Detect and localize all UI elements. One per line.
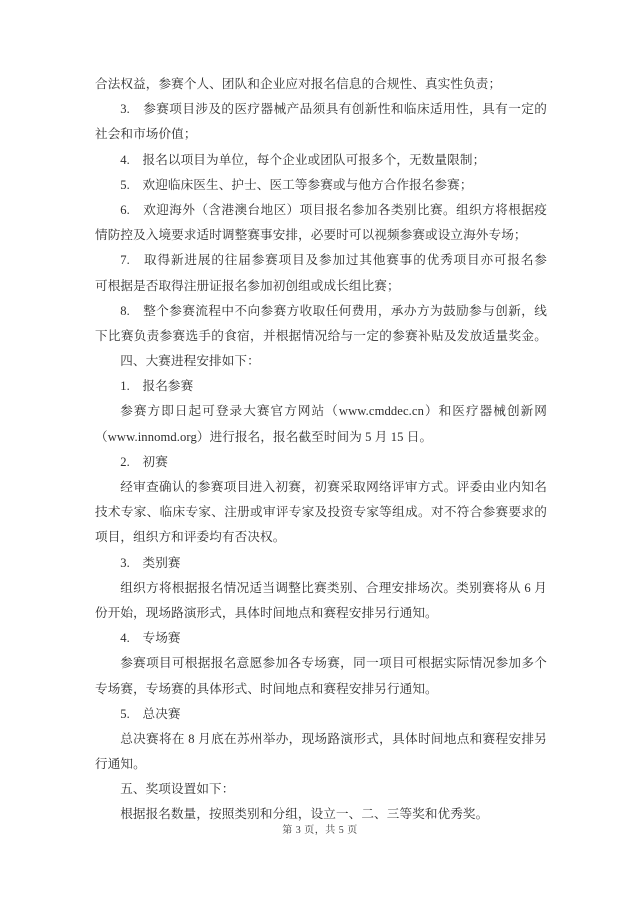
text-line: 2. 初赛 — [95, 450, 547, 475]
text-line: 4. 报名以项目为单位，每个企业或团队可报多个，无数量限制； — [95, 148, 547, 173]
text-line: （www.innomd.org）进行报名，报名截至时间为 5 月 15 日。 — [95, 425, 547, 450]
text-line: 8. 整个参赛流程中不向参赛方收取任何费用，承办方为鼓励参与创新，线 — [95, 299, 547, 324]
text-line: 专场赛，专场赛的具体形式、时间地点和赛程安排另行通知。 — [95, 677, 547, 702]
text-line: 经审查确认的参赛项目进入初赛，初赛采取网络评审方式。评委由业内知名 — [95, 475, 547, 500]
text-line: 社会和市场价值； — [95, 122, 547, 147]
text-line: 下比赛负责参赛选手的食宿，并根据情况给与一定的参赛补贴及发放适量奖金。 — [95, 324, 547, 349]
text-line: 参赛项目可根据报名意愿参加各专场赛，同一项目可根据实际情况参加多个 — [95, 651, 547, 676]
text-line: 情防控及入境要求适时调整赛事安排，必要时可以视频参赛或设立海外专场； — [95, 223, 547, 248]
text-line: 6. 欢迎海外（含港澳台地区）项目报名参加各类别比赛。组织方将根据疫 — [95, 198, 547, 223]
text-line: 份开始，现场路演形式，具体时间地点和赛程安排另行通知。 — [95, 601, 547, 626]
text-line: 1. 报名参赛 — [95, 374, 547, 399]
text-line: 3. 类别赛 — [95, 551, 547, 576]
text-line: 技术专家、临床专家、注册或审评专家及投资专家等组成。对不符合参赛要求的 — [95, 500, 547, 525]
text-line: 合法权益，参赛个人、团队和企业应对报名信息的合规性、真实性负责； — [95, 72, 547, 97]
text-line: 参赛方即日起可登录大赛官方网站（www.cmddec.cn）和医疗器械创新网 — [95, 399, 547, 424]
text-line: 5. 欢迎临床医生、护士、医工等参赛或与他方合作报名参赛； — [95, 173, 547, 198]
text-line: 行通知。 — [95, 752, 547, 777]
text-line: 总决赛将在 8 月底在苏州举办，现场路演形式，具体时间地点和赛程安排另 — [95, 727, 547, 752]
document-body: 合法权益，参赛个人、团队和企业应对报名信息的合规性、真实性负责；3. 参赛项目涉… — [95, 72, 547, 828]
text-line: 7. 取得新进展的往届参赛项目及参加过其他赛事的优秀项目亦可报名参赛， — [95, 248, 547, 273]
text-line: 5. 总决赛 — [95, 702, 547, 727]
document-page: 合法权益，参赛个人、团队和企业应对报名信息的合规性、真实性负责；3. 参赛项目涉… — [0, 0, 640, 905]
page-number-footer: 第 3 页，共 5 页 — [0, 824, 640, 838]
text-line: 4. 专场赛 — [95, 626, 547, 651]
text-line: 可根据是否取得注册证报名参加初创组或成长组比赛； — [95, 274, 547, 299]
text-line: 3. 参赛项目涉及的医疗器械产品须具有创新性和临床适用性，具有一定的 — [95, 97, 547, 122]
text-line: 五、奖项设置如下： — [95, 777, 547, 802]
text-line: 四、大赛进程安排如下： — [95, 349, 547, 374]
text-line: 项目，组织方和评委均有否决权。 — [95, 525, 547, 550]
text-line: 组织方将根据报名情况适当调整比赛类别、合理安排场次。类别赛将从 6 月 — [95, 576, 547, 601]
